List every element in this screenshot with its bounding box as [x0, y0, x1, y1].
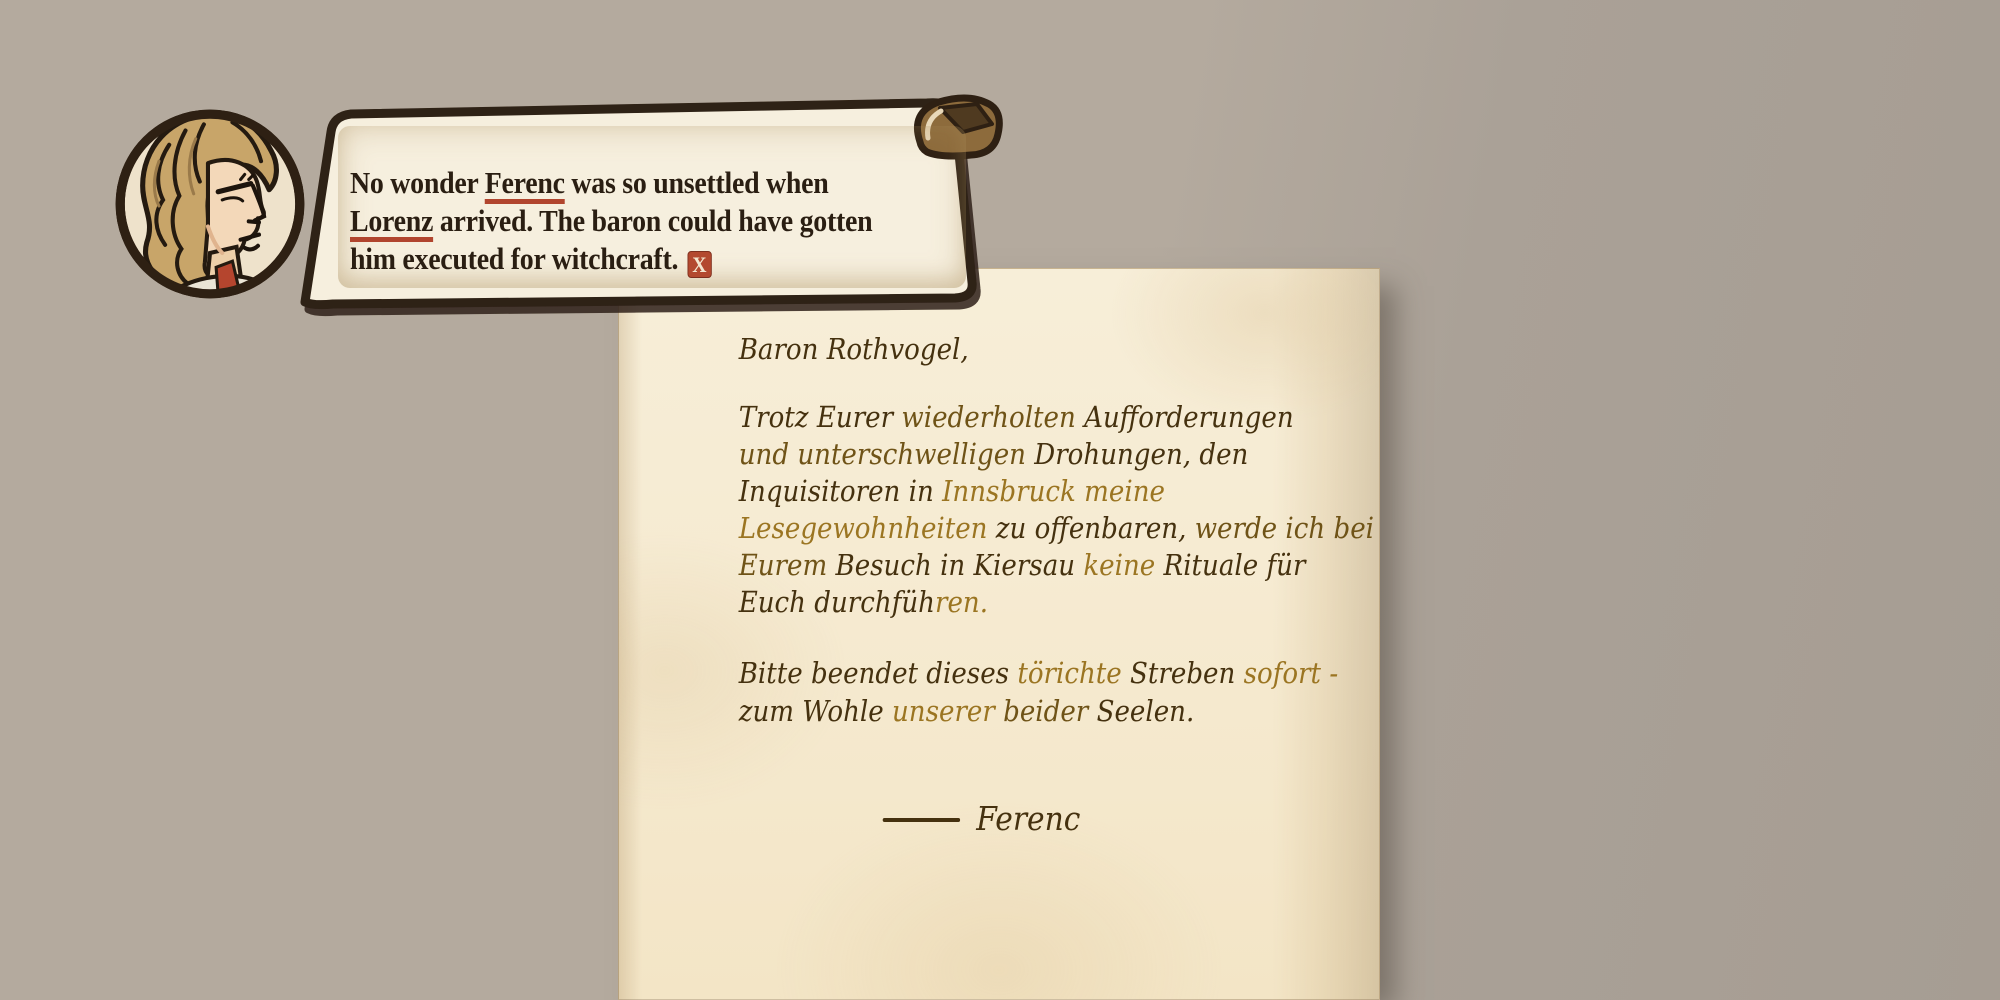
dialogue-line: Lorenz arrived. The baron could have got…: [350, 202, 980, 240]
letter-paragraph: Bitte beendet dieses törichte Streben so…: [739, 654, 1338, 730]
text-segment: Innsbruck meine: [942, 474, 1165, 508]
letter-text: Baron Rothvogel, Trotz Eurer wiederholte…: [619, 269, 1303, 999]
character-portrait: [110, 104, 310, 304]
text-segment: Lesegewohnheiten: [739, 511, 996, 545]
text-segment: Baron Rothvogel,: [739, 332, 969, 366]
letter-line: und unterschwelligen Drohungen, den: [739, 436, 1374, 473]
letter-document: Baron Rothvogel, Trotz Eurer wiederholte…: [618, 268, 1380, 1000]
text-segment: und unterschwelligen: [739, 437, 1035, 471]
letter-paragraph: Trotz Eurer wiederholten Aufforderungen …: [739, 399, 1374, 621]
text-segment: Rituale für: [1164, 548, 1306, 582]
text-segment: arrived. The baron could have gotten: [433, 203, 872, 238]
text-segment: Euch durchfüh: [739, 585, 935, 619]
text-segment: ren.: [935, 585, 988, 619]
text-segment: him executed for witchcraft.: [350, 241, 678, 276]
keyword-link[interactable]: Lorenz: [350, 203, 433, 238]
text-segment: No wonder: [350, 165, 485, 200]
game-screen: Baron Rothvogel, Trotz Eurer wiederholte…: [0, 0, 2000, 1000]
letter-signature: Ferenc: [883, 799, 1081, 839]
letter-line: Bitte beendet dieses törichte Streben so…: [739, 654, 1338, 692]
text-segment: zum Wohle: [739, 694, 892, 728]
keyword-link[interactable]: Ferenc: [485, 165, 565, 200]
scroll-curl-icon: [917, 98, 999, 156]
text-segment: Bitte beendet dieses: [739, 656, 1018, 690]
dialogue-text: No wonder Ferenc was so unsettled when L…: [350, 164, 980, 278]
text-segment: Inquisitoren in: [739, 474, 942, 508]
letter-line: Euch durchführen.: [739, 584, 1374, 621]
text-segment: keine: [1083, 548, 1163, 582]
text-segment: beider: [1003, 694, 1096, 728]
text-segment: sofort -: [1244, 656, 1339, 690]
letter-line: Lesegewohnheiten zu offenbaren, werde ic…: [739, 510, 1374, 547]
text-segment: zu offenbaren,: [996, 511, 1195, 545]
text-segment: Aufforderungen: [1084, 400, 1294, 434]
dialogue-line: No wonder Ferenc was so unsettled when: [350, 164, 980, 202]
letter-line: zum Wohle unserer beider Seelen.: [739, 692, 1338, 730]
text-segment: Seelen.: [1097, 694, 1195, 728]
letter-line: Inquisitoren in Innsbruck meine: [739, 473, 1374, 510]
text-segment: wiederholten: [901, 400, 1084, 434]
text-segment: was so unsettled when: [565, 165, 829, 200]
dialogue-line: him executed for witchcraft.X: [350, 240, 980, 278]
text-segment: Streben: [1130, 656, 1244, 690]
letter-line: Eurem Besuch in Kiersau keine Rituale fü…: [739, 547, 1374, 584]
signature-flourish: [883, 818, 960, 822]
text-segment: Besuch in Kiersau: [836, 548, 1084, 582]
signature-name: Ferenc: [976, 799, 1080, 838]
letter-line: Trotz Eurer wiederholten Aufforderungen: [739, 399, 1374, 436]
close-button[interactable]: X: [687, 251, 711, 278]
text-segment: Eurem: [739, 548, 836, 582]
text-segment: unserer: [892, 694, 1003, 728]
text-segment: Trotz Eurer: [739, 400, 902, 434]
text-segment: törichte: [1017, 656, 1130, 690]
letter-salutation: Baron Rothvogel,: [739, 331, 969, 368]
text-segment: werde ich bei: [1195, 511, 1374, 545]
text-segment: Drohungen, den: [1034, 437, 1248, 471]
